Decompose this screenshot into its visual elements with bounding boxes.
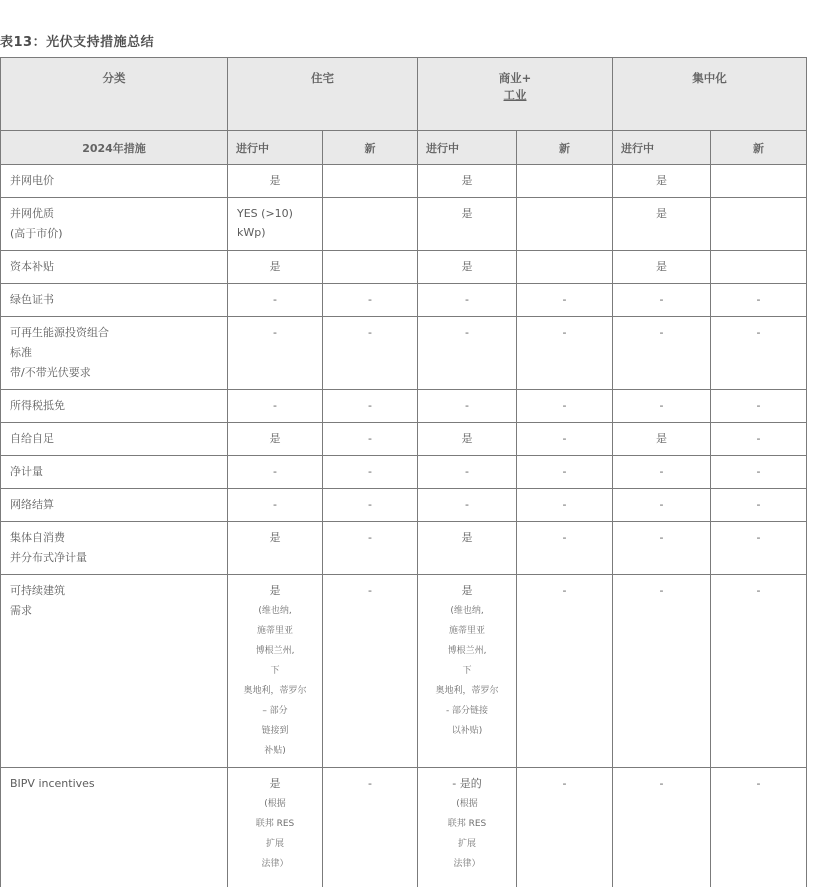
cell-value: -	[421, 495, 513, 514]
table-cell: 是	[418, 251, 517, 284]
table-cell: -	[323, 317, 418, 390]
table-row: 绿色证书------	[1, 284, 807, 317]
row-label: 可持续建筑 需求	[1, 575, 228, 768]
table-cell: -	[323, 575, 418, 768]
table-cell: - 是的(根据 联邦 RES 扩展 法律）	[418, 768, 517, 887]
cell-value: -	[714, 774, 803, 793]
cell-value: -	[616, 528, 707, 547]
cell-note: (根据 联邦 RES 扩展 法律）	[421, 794, 513, 874]
cell-value: - 是的	[421, 774, 513, 793]
cell-value: -	[326, 462, 414, 481]
row-label: 资本补贴	[1, 251, 228, 284]
cell-note: (根据 联邦 RES 扩展 法律）	[231, 794, 319, 874]
cell-value: -	[520, 462, 609, 481]
table-cell: -	[517, 575, 613, 768]
table-cell: 是(根据 联邦 RES 扩展 法律）	[228, 768, 323, 887]
cell-value: -	[520, 396, 609, 415]
cell-value: YES (>10) kWp)	[231, 204, 319, 242]
table-cell: -	[323, 456, 418, 489]
cell-value: -	[421, 290, 513, 309]
table-cell: -	[613, 522, 711, 575]
table-cell	[517, 251, 613, 284]
page-title: 表13：光伏支持措施总结	[0, 31, 816, 50]
table-cell: -	[228, 489, 323, 522]
cell-value: -	[616, 290, 707, 309]
table-cell: -	[517, 284, 613, 317]
cell-value: 是	[616, 171, 707, 190]
pv-support-measures-table: 分类 住宅 商业+工业 集中化 2024年措施 进行中 新 进行中 新 进行中 …	[0, 57, 807, 887]
row-label: 网络结算	[1, 489, 228, 522]
cell-value: 是	[421, 528, 513, 547]
table-cell: -	[517, 456, 613, 489]
table-cell: 是	[613, 198, 711, 251]
table-cell	[711, 165, 807, 198]
cell-value: -	[520, 495, 609, 514]
table-cell: 是	[228, 165, 323, 198]
table-cell: 是	[613, 165, 711, 198]
cell-value: -	[421, 323, 513, 342]
table-cell: 是	[418, 198, 517, 251]
table-cell: 是	[228, 522, 323, 575]
header-centralized-cell: 集中化	[613, 58, 807, 131]
table-cell	[323, 165, 418, 198]
cell-value: -	[326, 396, 414, 415]
table-row: 并网优质 (高于市价)YES (>10) kWp)是是	[1, 198, 807, 251]
table-cell: -	[711, 768, 807, 887]
table-cell: -	[228, 284, 323, 317]
table-cell: -	[323, 522, 418, 575]
table-cell: -	[613, 575, 711, 768]
table-row: 并网电价是是是	[1, 165, 807, 198]
table-cell: 是	[418, 165, 517, 198]
table-cell: -	[711, 390, 807, 423]
table-cell: -	[711, 423, 807, 456]
cell-value: -	[326, 290, 414, 309]
header-group-row: 分类 住宅 商业+工业 集中化	[1, 58, 807, 131]
table-cell: 是	[613, 423, 711, 456]
subheader-measures-cell: 2024年措施	[1, 131, 228, 165]
cell-value: -	[520, 528, 609, 547]
row-label: 可再生能源投资组合 标准 带/不带光伏要求	[1, 317, 228, 390]
table-cell: -	[711, 575, 807, 768]
cell-value: -	[520, 290, 609, 309]
subheader-residential-ongoing-cell: 进行中	[228, 131, 323, 165]
header-commercial-line1: 商业+	[499, 71, 532, 85]
table-row: 集体自消费 并分布式净计量是-是---	[1, 522, 807, 575]
header-residential-cell: 住宅	[228, 58, 418, 131]
table-cell: -	[613, 284, 711, 317]
table-cell: 是	[228, 423, 323, 456]
cell-value: 是	[231, 774, 319, 793]
cell-value: -	[326, 774, 414, 793]
table-cell: -	[228, 390, 323, 423]
row-label: 自给自足	[1, 423, 228, 456]
row-label: 所得税抵免	[1, 390, 228, 423]
cell-value: -	[421, 462, 513, 481]
table-cell: -	[323, 768, 418, 887]
table-cell: -	[228, 456, 323, 489]
cell-value: -	[616, 774, 707, 793]
table-cell: -	[228, 317, 323, 390]
cell-value: 是	[421, 257, 513, 276]
table-cell: -	[711, 522, 807, 575]
cell-value: -	[520, 774, 609, 793]
table-cell: -	[517, 423, 613, 456]
cell-value: -	[616, 323, 707, 342]
cell-value: 是	[421, 429, 513, 448]
cell-value: 是	[421, 171, 513, 190]
table-cell	[711, 251, 807, 284]
table-cell: 是	[613, 251, 711, 284]
table-cell: -	[517, 768, 613, 887]
table-cell: -	[613, 390, 711, 423]
table-cell: -	[613, 456, 711, 489]
cell-note: (维也纳, 施蒂里亚 博根兰州, 下 奥地利，蒂罗尔 - 部分链接 以补贴)	[421, 601, 513, 741]
header-commercial-industrial-cell: 商业+工业	[418, 58, 613, 131]
cell-value: -	[714, 290, 803, 309]
table-cell: -	[418, 489, 517, 522]
cell-value: -	[520, 323, 609, 342]
row-label: 并网电价	[1, 165, 228, 198]
header-sub-row: 2024年措施 进行中 新 进行中 新 进行中 新	[1, 131, 807, 165]
table-cell: 是	[418, 522, 517, 575]
table-cell: -	[517, 317, 613, 390]
subheader-commercial-ongoing-cell: 进行中	[418, 131, 517, 165]
row-label: 绿色证书	[1, 284, 228, 317]
cell-value: -	[616, 396, 707, 415]
table-body: 并网电价是是是并网优质 (高于市价)YES (>10) kWp)是是资本补贴是是…	[1, 165, 807, 887]
table-cell: -	[517, 522, 613, 575]
cell-value: 是	[421, 581, 513, 600]
table-cell: 是(维也纳, 施蒂里亚 博根兰州, 下 奥地利，蒂罗尔 – 部分 链接到 补贴)	[228, 575, 323, 768]
cell-value: -	[231, 495, 319, 514]
table-cell: -	[418, 390, 517, 423]
cell-value: -	[421, 396, 513, 415]
table-row: 可持续建筑 需求是(维也纳, 施蒂里亚 博根兰州, 下 奥地利，蒂罗尔 – 部分…	[1, 575, 807, 768]
cell-value: 是	[231, 581, 319, 600]
cell-value: -	[326, 528, 414, 547]
table-row: BIPV incentives是(根据 联邦 RES 扩展 法律）-- 是的(根…	[1, 768, 807, 887]
report-page: 表13：光伏支持措施总结 分类 住宅 商业+工业 集中化 2024年措施 进行中…	[0, 0, 816, 887]
header-commercial-line2: 工业	[504, 88, 527, 102]
cell-value: 是	[231, 257, 319, 276]
table-row: 所得税抵免------	[1, 390, 807, 423]
table-cell	[323, 198, 418, 251]
cell-value: -	[231, 323, 319, 342]
cell-value: -	[616, 581, 707, 600]
cell-value: -	[231, 290, 319, 309]
table-cell: -	[418, 284, 517, 317]
cell-value: 是	[421, 204, 513, 223]
table-cell: -	[418, 456, 517, 489]
cell-value: 是	[231, 171, 319, 190]
cell-value: -	[616, 462, 707, 481]
table-cell: 是	[228, 251, 323, 284]
table-cell: -	[517, 390, 613, 423]
cell-value: -	[326, 581, 414, 600]
cell-value: -	[326, 495, 414, 514]
table-cell	[323, 251, 418, 284]
table-cell: -	[613, 317, 711, 390]
cell-value: -	[714, 528, 803, 547]
table-cell: YES (>10) kWp)	[228, 198, 323, 251]
table-cell: -	[323, 489, 418, 522]
table-cell: 是	[418, 423, 517, 456]
cell-value: 是	[231, 429, 319, 448]
table-cell	[517, 198, 613, 251]
table-cell	[711, 198, 807, 251]
cell-value: -	[326, 323, 414, 342]
table-cell: -	[613, 768, 711, 887]
cell-value: 是	[231, 528, 319, 547]
table-row: 网络结算------	[1, 489, 807, 522]
cell-value: 是	[616, 204, 707, 223]
subheader-centralized-new-cell: 新	[711, 131, 807, 165]
row-label: 净计量	[1, 456, 228, 489]
cell-value: -	[714, 581, 803, 600]
subheader-residential-new-cell: 新	[323, 131, 418, 165]
table-cell: -	[613, 489, 711, 522]
cell-value: 是	[616, 429, 707, 448]
table-cell: -	[711, 489, 807, 522]
table-row: 资本补贴是是是	[1, 251, 807, 284]
cell-value: -	[616, 495, 707, 514]
cell-value: 是	[616, 257, 707, 276]
cell-value: -	[714, 429, 803, 448]
table-cell: -	[323, 284, 418, 317]
table-cell: -	[711, 317, 807, 390]
header-category-cell: 分类	[1, 58, 228, 131]
table-cell: -	[323, 423, 418, 456]
row-label: 并网优质 (高于市价)	[1, 198, 228, 251]
cell-value: -	[520, 429, 609, 448]
row-label: 集体自消费 并分布式净计量	[1, 522, 228, 575]
table-cell: -	[517, 489, 613, 522]
cell-value: -	[231, 462, 319, 481]
table-row: 自给自足是-是-是-	[1, 423, 807, 456]
table-cell	[517, 165, 613, 198]
cell-note: (维也纳, 施蒂里亚 博根兰州, 下 奥地利，蒂罗尔 – 部分 链接到 补贴)	[231, 601, 319, 761]
cell-value: -	[714, 396, 803, 415]
table-cell: -	[711, 456, 807, 489]
table-cell: -	[323, 390, 418, 423]
cell-value: -	[326, 429, 414, 448]
subheader-centralized-ongoing-cell: 进行中	[613, 131, 711, 165]
cell-value: -	[714, 495, 803, 514]
cell-value: -	[520, 581, 609, 600]
table-cell: -	[418, 317, 517, 390]
subheader-commercial-new-cell: 新	[517, 131, 613, 165]
row-label: BIPV incentives	[1, 768, 228, 887]
cell-value: -	[714, 323, 803, 342]
table-cell: 是(维也纳, 施蒂里亚 博根兰州, 下 奥地利，蒂罗尔 - 部分链接 以补贴)	[418, 575, 517, 768]
cell-value: -	[714, 462, 803, 481]
table-cell: -	[711, 284, 807, 317]
cell-value: -	[231, 396, 319, 415]
table-row: 可再生能源投资组合 标准 带/不带光伏要求------	[1, 317, 807, 390]
table-row: 净计量------	[1, 456, 807, 489]
